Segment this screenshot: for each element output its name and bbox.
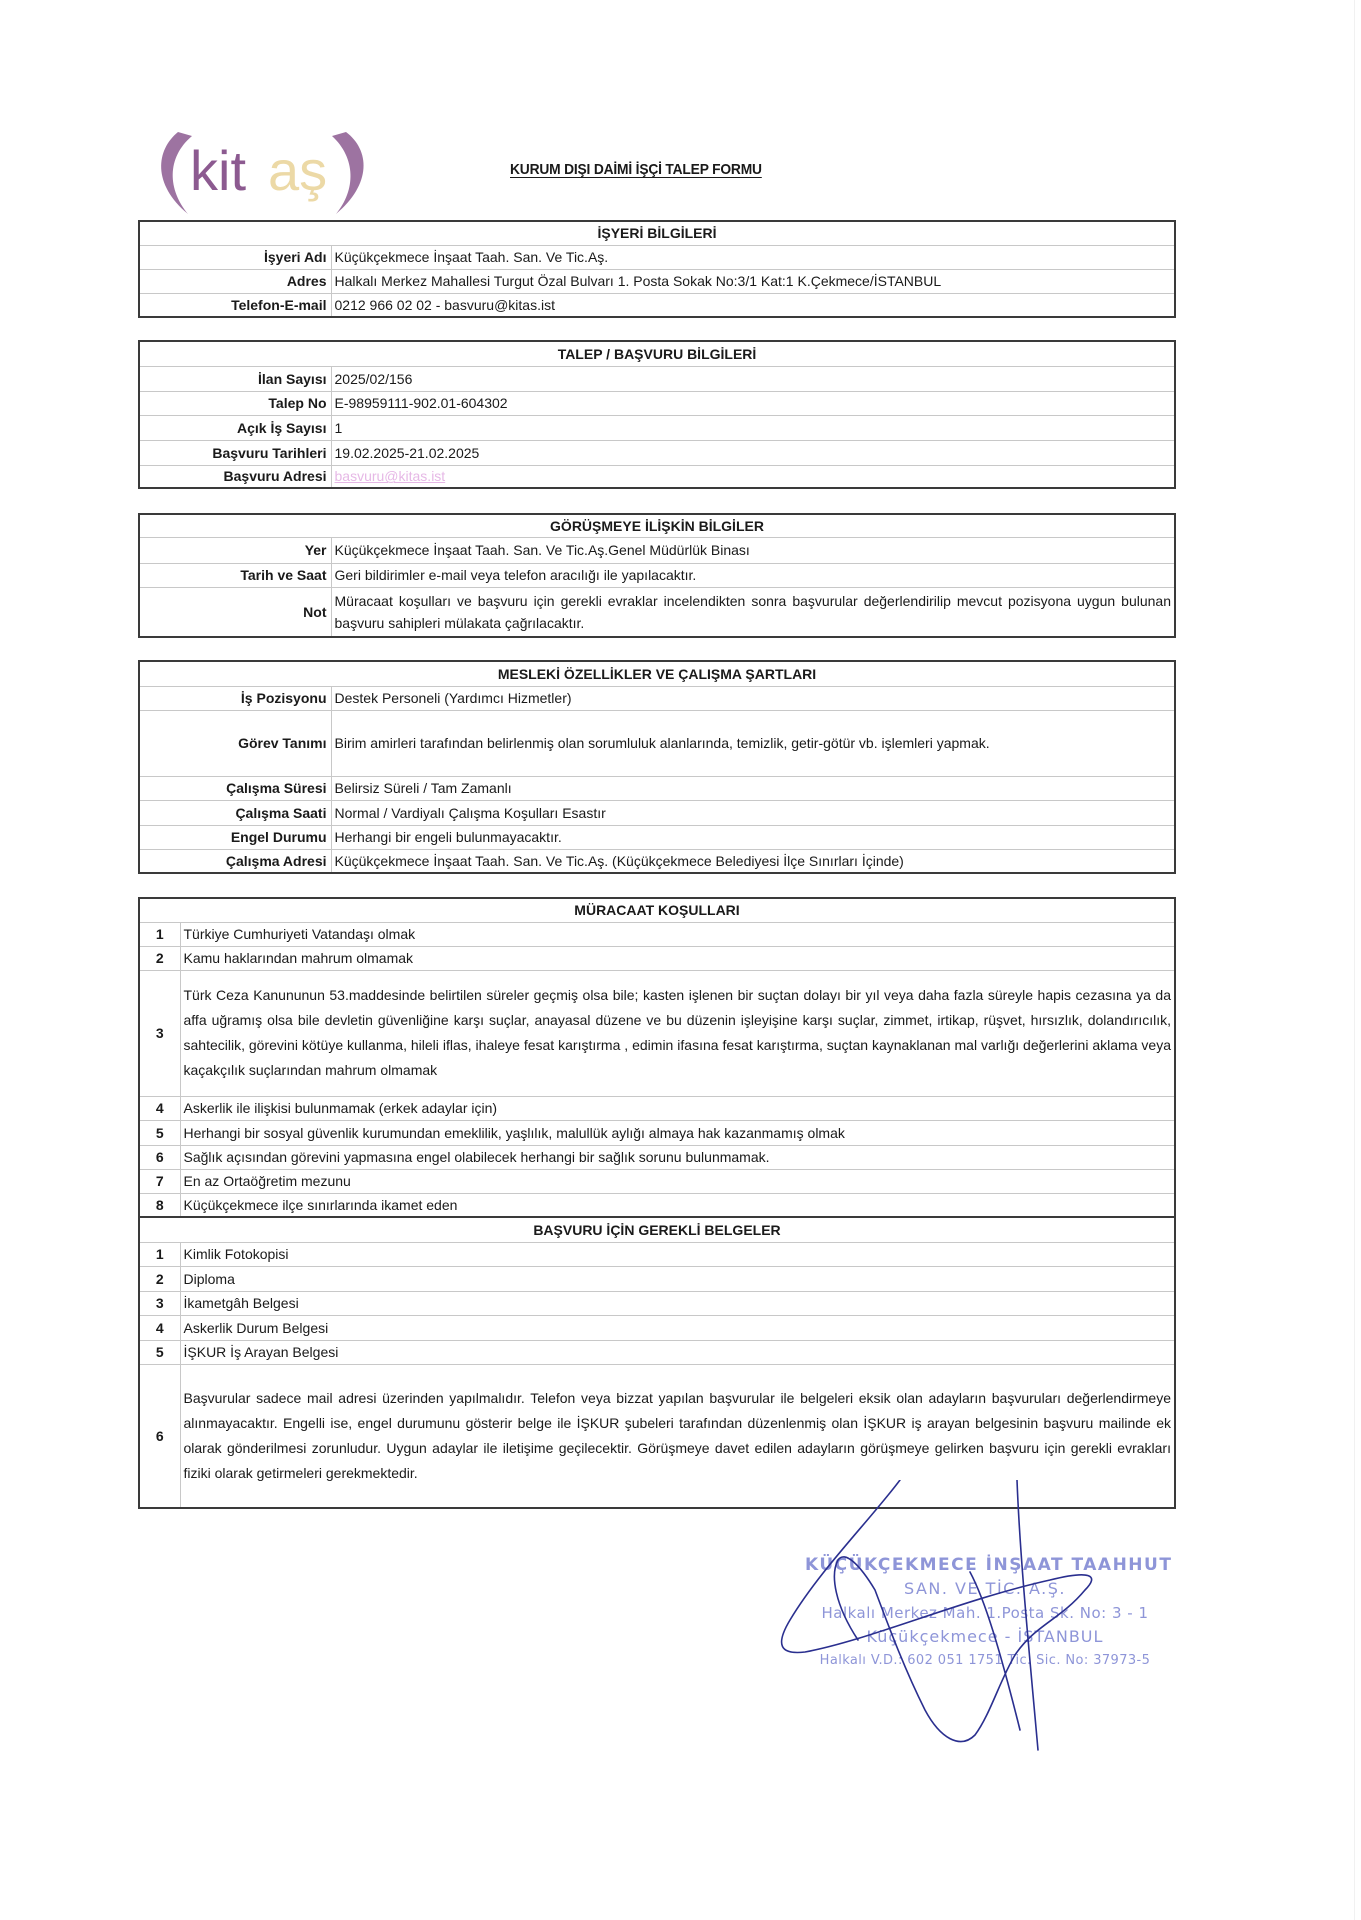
item-number: 7 [140,1169,180,1193]
field-label: İlan Sayısı [140,366,331,391]
item-number: 1 [140,1242,180,1266]
company-stamp: KÜÇÜKÇEKMECE İNŞAAT TAAHHUT SAN. VE TİC.… [805,1553,1165,1673]
item-text: Herhangi bir sosyal güvenlik kurumundan … [180,1120,1174,1145]
field-label: Adres [140,269,331,293]
field-label: Çalışma Süresi [140,776,331,800]
field-label: Not [140,587,331,636]
field-label: Talep No [140,391,331,415]
field-value: 1 [331,415,1174,440]
page-edge [1354,0,1355,1920]
section-title: MESLEKİ ÖZELLİKLER VE ÇALIŞMA ŞARTLARI [140,662,1174,686]
section-title: TALEP / BAŞVURU BİLGİLERİ [140,342,1174,366]
kitas-logo: kit aş [150,128,375,216]
table-row: Başvuru Adresi basvuru@kitas.ist [140,465,1174,487]
field-value: 19.02.2025-21.02.2025 [331,440,1174,465]
condition-item: 5 Herhangi bir sosyal güvenlik kurumunda… [140,1120,1174,1145]
section-talep: TALEP / BAŞVURU BİLGİLERİ İlan Sayısı 20… [138,340,1176,489]
field-label: Tarih ve Saat [140,563,331,587]
section-title: BAŞVURU İÇİN GEREKLİ BELGELER [140,1217,1174,1242]
section-title: MÜRACAAT KOŞULLARI [140,899,1174,922]
table-row: İlan Sayısı 2025/02/156 [140,366,1174,391]
field-label: Başvuru Adresi [140,465,331,487]
table-row: Not Müracaat koşulları ve başvuru için g… [140,587,1174,636]
logo-text-primary: kit [190,139,246,202]
item-text: Kimlik Fotokopisi [180,1242,1174,1266]
item-text: En az Ortaöğretim mezunu [180,1169,1174,1193]
stamp-line: KÜÇÜKÇEKMECE İNŞAAT TAAHHUT [805,1553,1165,1577]
item-text: İkametgâh Belgesi [180,1291,1174,1315]
field-value: 0212 966 02 02 - basvuru@kitas.ist [331,293,1174,316]
field-label: Yer [140,537,331,563]
section-muracaat: MÜRACAAT KOŞULLARI 1 Türkiye Cumhuriyeti… [138,897,1176,1509]
condition-item: 7 En az Ortaöğretim mezunu [140,1169,1174,1193]
field-label: İşyeri Adı [140,245,331,269]
condition-item: 6 Sağlık açısından görevini yapmasına en… [140,1145,1174,1169]
item-number: 6 [140,1364,180,1507]
item-number: 6 [140,1145,180,1169]
field-label: Görev Tanımı [140,710,331,776]
stamp-line: Halkalı Merkez Mah. 1.Posta Sk. No: 3 - … [805,1601,1165,1625]
field-value: Belirsiz Süreli / Tam Zamanlı [331,776,1174,800]
item-number: 3 [140,1291,180,1315]
field-label: Açık İş Sayısı [140,415,331,440]
condition-item: 2 Kamu haklarından mahrum olmamak [140,946,1174,970]
section-gorusme: GÖRÜŞMEYE İLİŞKİN BİLGİLER Yer Küçükçekm… [138,513,1176,638]
condition-item: 8 Küçükçekmece ilçe sınırlarında ikamet … [140,1193,1174,1217]
field-label: Başvuru Tarihleri [140,440,331,465]
item-text: Askerlik Durum Belgesi [180,1315,1174,1340]
table-row: Başvuru Tarihleri 19.02.2025-21.02.2025 [140,440,1174,465]
application-email-link[interactable]: basvuru@kitas.ist [335,468,446,484]
table-row: İşyeri Adı Küçükçekmece İnşaat Taah. San… [140,245,1174,269]
field-value: Küçükçekmece İnşaat Taah. San. Ve Tic.Aş… [331,849,1174,872]
document-item: 1 Kimlik Fotokopisi [140,1242,1174,1266]
table-row: Engel Durumu Herhangi bir engeli bulunma… [140,825,1174,849]
table-row: Telefon-E-mail 0212 966 02 02 - basvuru@… [140,293,1174,316]
item-number: 2 [140,946,180,970]
item-text: Küçükçekmece ilçe sınırlarında ikamet ed… [180,1193,1174,1217]
section-title: İŞYERİ BİLGİLERİ [140,222,1174,245]
item-number: 8 [140,1193,180,1217]
item-text: Kamu haklarından mahrum olmamak [180,946,1174,970]
item-text: Askerlik ile ilişkisi bulunmamak (erkek … [180,1096,1174,1120]
item-number: 2 [140,1266,180,1291]
field-value: Müracaat koşulları ve başvuru için gerek… [331,587,1174,636]
table-row: Çalışma Adresi Küçükçekmece İnşaat Taah.… [140,849,1174,872]
field-label: Çalışma Saati [140,800,331,825]
logo-text-secondary: aş [268,139,327,202]
field-label: Çalışma Adresi [140,849,331,872]
table-row: Görev Tanımı Birim amirleri tarafından b… [140,710,1174,776]
item-text: Başvurular sadece mail adresi üzerinden … [180,1364,1174,1507]
field-value: 2025/02/156 [331,366,1174,391]
item-number: 3 [140,970,180,1096]
stamp-line: SAN. VE TİC. A.Ş. [805,1577,1165,1601]
table-row: Yer Küçükçekmece İnşaat Taah. San. Ve Ti… [140,537,1174,563]
field-value: E-98959111-902.01-604302 [331,391,1174,415]
field-value: Küçükçekmece İnşaat Taah. San. Ve Tic.Aş… [331,245,1174,269]
document-item: 4 Askerlik Durum Belgesi [140,1315,1174,1340]
stamp-line: Halkalı V.D.: 602 051 1751 Tic. Sic. No:… [805,1649,1165,1673]
field-label: Engel Durumu [140,825,331,849]
section-title: GÖRÜŞMEYE İLİŞKİN BİLGİLER [140,515,1174,537]
section-isyeri: İŞYERİ BİLGİLERİ İşyeri Adı Küçükçekmece… [138,220,1176,318]
field-value: Normal / Vardiyalı Çalışma Koşulları Esa… [331,800,1174,825]
section-mesleki: MESLEKİ ÖZELLİKLER VE ÇALIŞMA ŞARTLARI İ… [138,660,1176,874]
form-title: KURUM DIŞI DAİMİ İŞÇİ TALEP FORMU [510,161,762,178]
item-text: Türkiye Cumhuriyeti Vatandaşı olmak [180,922,1174,946]
table-row: Çalışma Süresi Belirsiz Süreli / Tam Zam… [140,776,1174,800]
condition-item: 3 Türk Ceza Kanununun 53.maddesinde beli… [140,970,1174,1096]
document-item: 5 İŞKUR İş Arayan Belgesi [140,1340,1174,1364]
item-text: Sağlık açısından görevini yapmasına enge… [180,1145,1174,1169]
field-value: Destek Personeli (Yardımcı Hizmetler) [331,686,1174,710]
document-item: 3 İkametgâh Belgesi [140,1291,1174,1315]
condition-item: 1 Türkiye Cumhuriyeti Vatandaşı olmak [140,922,1174,946]
field-value: Küçükçekmece İnşaat Taah. San. Ve Tic.Aş… [331,537,1174,563]
item-number: 1 [140,922,180,946]
stamp-line: Küçükçekmece - İSTANBUL [805,1625,1165,1649]
item-number: 4 [140,1315,180,1340]
table-row: Talep No E-98959111-902.01-604302 [140,391,1174,415]
field-label: İş Pozisyonu [140,686,331,710]
item-text: Türk Ceza Kanununun 53.maddesinde belirt… [180,970,1174,1096]
field-value: Geri bildirimler e-mail veya telefon ara… [331,563,1174,587]
table-row: Çalışma Saati Normal / Vardiyalı Çalışma… [140,800,1174,825]
item-number: 4 [140,1096,180,1120]
table-row: Açık İş Sayısı 1 [140,415,1174,440]
table-row: İş Pozisyonu Destek Personeli (Yardımcı … [140,686,1174,710]
item-number: 5 [140,1340,180,1364]
item-number: 5 [140,1120,180,1145]
field-value: Herhangi bir engeli bulunmayacaktır. [331,825,1174,849]
document-item: 6 Başvurular sadece mail adresi üzerinde… [140,1364,1174,1507]
condition-item: 4 Askerlik ile ilişkisi bulunmamak (erke… [140,1096,1174,1120]
table-row: Tarih ve Saat Geri bildirimler e-mail ve… [140,563,1174,587]
table-row: Adres Halkalı Merkez Mahallesi Turgut Öz… [140,269,1174,293]
item-text: İŞKUR İş Arayan Belgesi [180,1340,1174,1364]
item-text: Diploma [180,1266,1174,1291]
field-value: Birim amirleri tarafından belirlenmiş ol… [331,710,1174,776]
field-value: Halkalı Merkez Mahallesi Turgut Özal Bul… [331,269,1174,293]
field-label: Telefon-E-mail [140,293,331,316]
document-item: 2 Diploma [140,1266,1174,1291]
